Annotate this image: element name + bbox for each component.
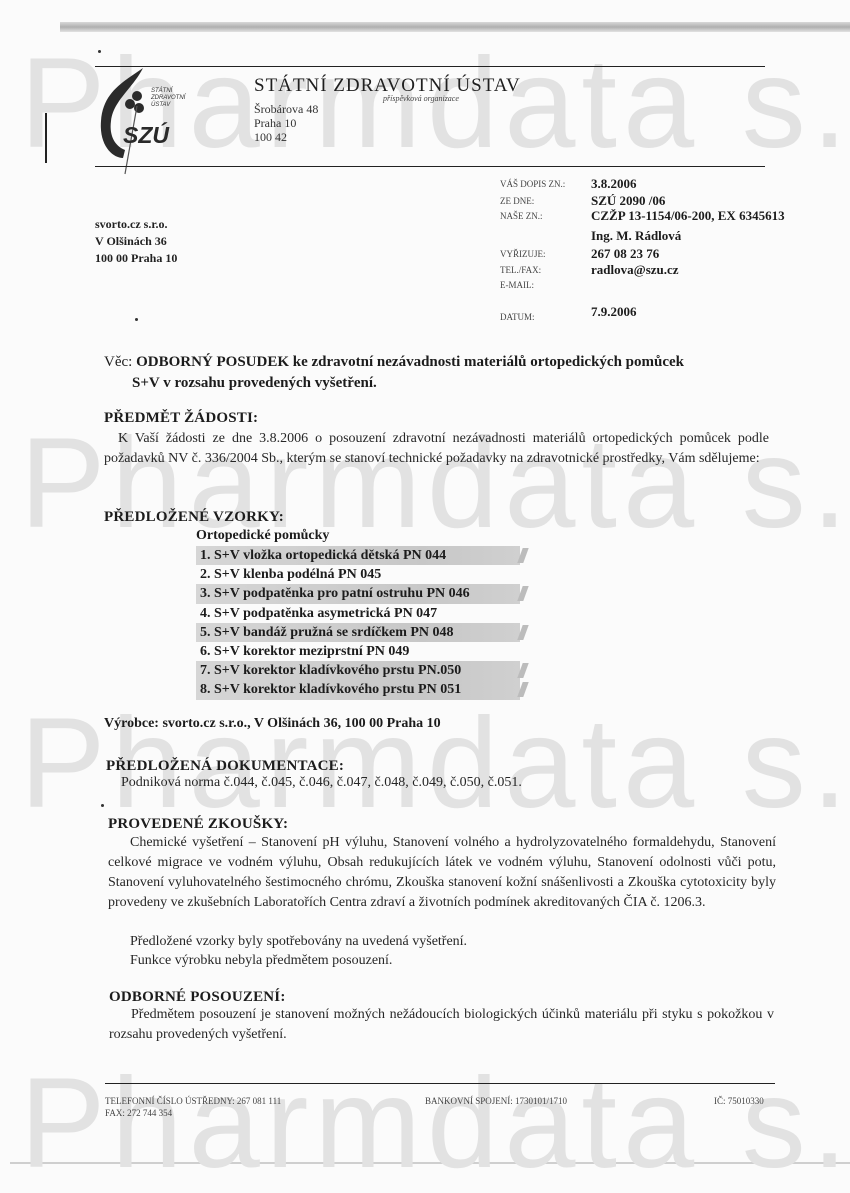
samples-list: Ortopedické pomůcky 1. S+V vložka ortope…: [196, 528, 520, 700]
samples-caption: Ortopedické pomůcky: [196, 528, 520, 544]
sample-item: 2. S+V klenba podélná PN 045: [196, 565, 520, 584]
ref-label: DATUM:: [500, 312, 535, 322]
sample-item: 4. S+V podpatěnka asymetrická PN 047: [196, 604, 520, 623]
subject-title: ODBORNÝ POSUDEK: [136, 354, 289, 370]
assessment-heading: ODBORNÉ POSOUZENÍ:: [109, 989, 286, 1006]
request-body: K Vaší žádosti ze dne 3.8.2006 o posouze…: [104, 431, 769, 466]
address-line: Praha 10: [254, 116, 318, 130]
szu-logo-icon: [95, 66, 205, 176]
ref-label: VÁŠ DOPIS ZN.:: [500, 179, 565, 189]
request-heading: PŘEDMĚT ŽÁDOSTI:: [104, 410, 258, 427]
margin-mark: [45, 113, 47, 163]
samples-heading: PŘEDLOŽENÉ VZORKY:: [104, 509, 284, 526]
footer-rule: [105, 1083, 775, 1084]
assessment-text: Předmětem posouzení je stanovení možných…: [109, 1005, 774, 1045]
footer-contacts: TELEFONNÍ ČÍSLO ÚSTŘEDNY: 267 081 111 FA…: [105, 1095, 281, 1119]
ref-label: TEL./FAX:: [500, 265, 541, 275]
sample-item: 1. S+V vložka ortopedická dětská PN 044: [196, 546, 520, 565]
request-text: K Vaší žádosti ze dne 3.8.2006 o posouze…: [104, 429, 769, 469]
sample-item: 3. S+V podpatěnka pro patní ostruhu PN 0…: [196, 584, 520, 603]
tests-text: Chemické vyšetření – Stanovení pH výluhu…: [108, 833, 776, 913]
footer-ic: IČ: 75010330: [714, 1095, 764, 1107]
scan-speck: [98, 50, 101, 53]
tests-body: Chemické vyšetření – Stanovení pH výluhu…: [108, 835, 776, 910]
address-line: Šrobárova 48: [254, 102, 318, 116]
ref-value: SZÚ 2090 /06: [591, 193, 665, 209]
document-page: Pharmdata s.r.o. Pharmdata s.r.o. Pharmd…: [0, 0, 850, 1193]
footer-bank: BANKOVNÍ SPOJENÍ: 1730101/1710: [425, 1095, 567, 1107]
sample-item: 8. S+V korektor kladívkového prstu PN 05…: [196, 680, 520, 699]
logo-abbr: SZÚ: [123, 122, 169, 149]
scan-speck: [101, 804, 104, 807]
ref-value: Ing. M. Rádlová: [591, 228, 681, 244]
recipient-line: V Olšinách 36: [95, 233, 177, 250]
logo-line: ZDRAVOTNÍ: [151, 95, 185, 102]
footer-phone: TELEFONNÍ ČÍSLO ÚSTŘEDNY: 267 081 111: [105, 1095, 281, 1107]
footer-fax: FAX: 272 744 354: [105, 1107, 281, 1119]
scan-speck: [135, 318, 138, 321]
recipient-address: svorto.cz s.r.o. V Olšinách 36 100 00 Pr…: [95, 216, 177, 267]
tests-note: Předložené vzorky byly spotřebovány na u…: [130, 932, 770, 952]
ref-value: CZŽP 13-1154/06-200, EX 6345613: [591, 208, 785, 224]
ref-value: 3.8.2006: [591, 176, 637, 192]
ref-label: VYŘIZUJE:: [500, 249, 546, 259]
scan-edge-top: [60, 22, 850, 32]
ref-value: 267 08 23 76: [591, 246, 659, 262]
sample-rows: 1. S+V vložka ortopedická dětská PN 0442…: [196, 546, 520, 700]
sample-item: 6. S+V korektor meziprstní PN 049: [196, 642, 520, 661]
assessment-body: Předmětem posouzení je stanovení možných…: [109, 1007, 774, 1042]
ref-value: 7.9.2006: [591, 304, 637, 320]
logo-line: ÚSTAV: [151, 102, 185, 109]
ref-label: E-MAIL:: [500, 280, 534, 290]
watermark: Pharmdata s.r.o.: [20, 1060, 850, 1188]
manufacturer: Výrobce: svorto.cz s.r.o., V Olšinách 36…: [104, 716, 441, 732]
ref-label: NAŠE ZN.:: [500, 211, 543, 221]
tests-heading: PROVEDENÉ ZKOUŠKY:: [108, 816, 288, 833]
logo-small-text: STÁTNÍ ZDRAVOTNÍ ÚSTAV: [151, 88, 185, 109]
logo-line: STÁTNÍ: [151, 88, 185, 95]
tests-note: Funkce výrobku nebyla předmětem posouzen…: [130, 951, 770, 971]
subject-label: Věc:: [104, 354, 132, 370]
subject-line2: S+V v rozsahu provedených vyšetření.: [104, 373, 684, 394]
recipient-line: 100 00 Praha 10: [95, 250, 177, 267]
org-subtitle: příspěvková organizace: [383, 94, 459, 103]
ref-label: ZE DNE:: [500, 196, 534, 206]
address-line: 100 42: [254, 130, 318, 144]
sample-item: 5. S+V bandáž pružná se srdíčkem PN 048: [196, 623, 520, 642]
org-address: Šrobárova 48 Praha 10 100 42: [254, 102, 318, 144]
header-rule-bottom: [95, 166, 765, 167]
subject: Věc: ODBORNÝ POSUDEK ke zdravotní nezáva…: [104, 352, 684, 394]
subject-text: ke zdravotní nezávadnosti materiálů orto…: [289, 354, 684, 370]
ref-value: radlova@szu.cz: [591, 262, 679, 278]
sample-item: 7. S+V korektor kladívkového prstu PN.05…: [196, 661, 520, 680]
recipient-line: svorto.cz s.r.o.: [95, 216, 177, 233]
documentation-text: Podniková norma č.044, č.045, č.046, č.0…: [121, 773, 781, 793]
